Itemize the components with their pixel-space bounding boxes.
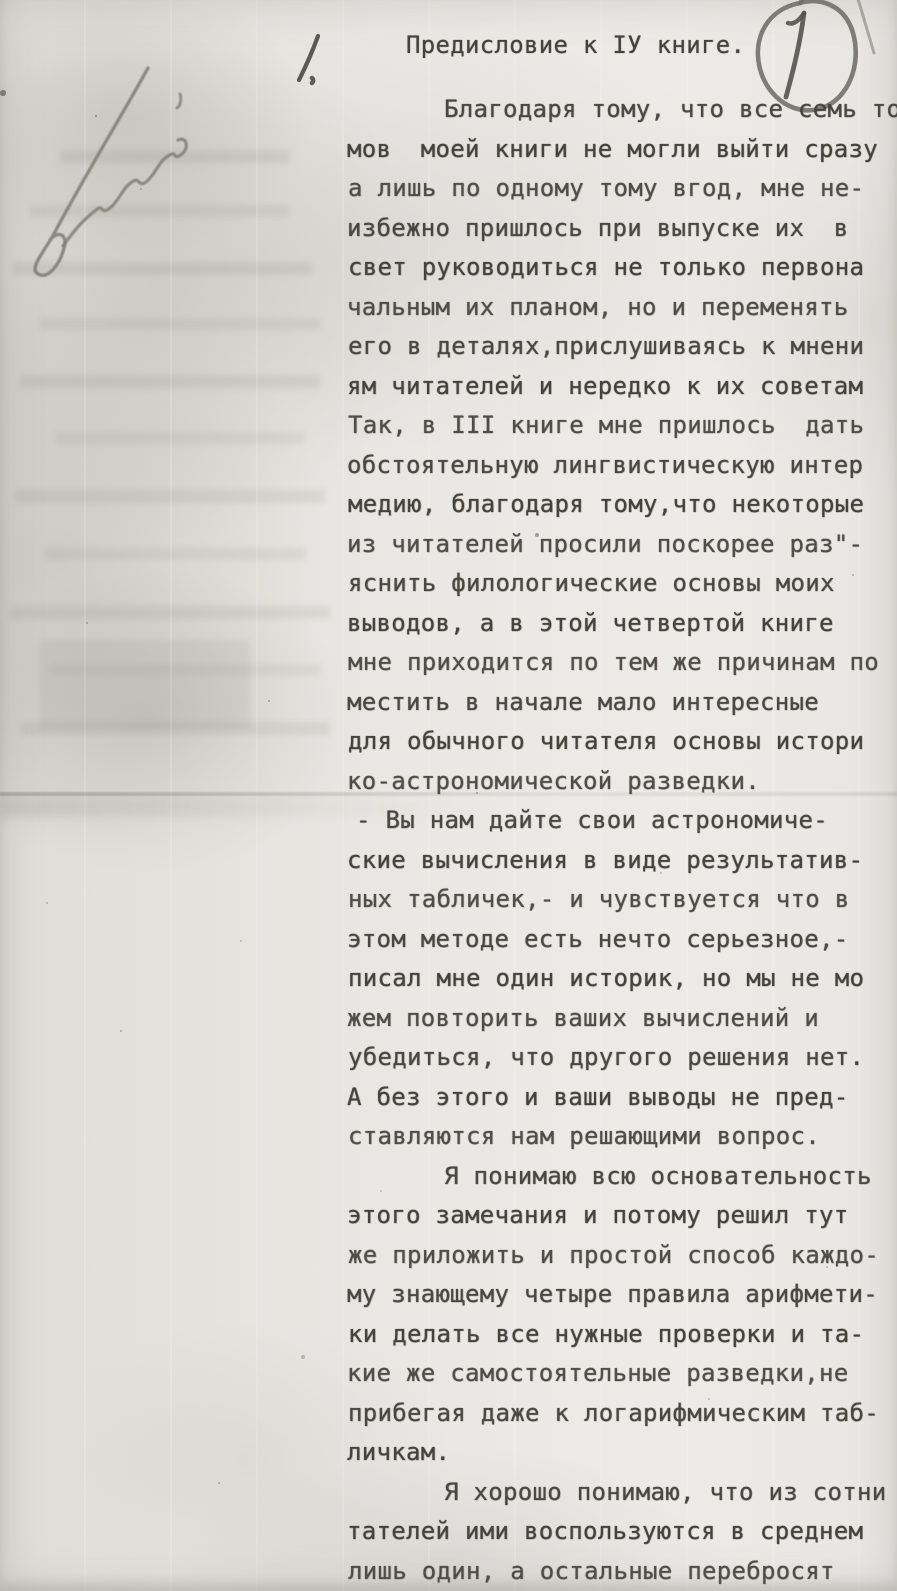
typed-line: медию, благодаря тому,что некоторые	[348, 485, 893, 525]
typed-line: для обычного читателя основы истори	[348, 722, 893, 762]
paragraph: Благодаря тому, что все семь то мов моей…	[347, 90, 892, 801]
typed-line: а лишь по одному тому вгод, мне не-	[348, 169, 893, 209]
typed-line: мов моей книги не могли выйти сразу	[347, 130, 892, 170]
paragraph: Я хорошо понимаю, что из сотни чи тателе…	[347, 1473, 892, 1591]
typed-line: ские вычисления в виде результатив-	[347, 841, 892, 881]
typed-line: лишь один, а остальные перебросят	[348, 1552, 893, 1591]
typed-body: Благодаря тому, что все семь то мов моей…	[347, 90, 892, 1591]
typed-line: А без этого и ваши выводы не пред-	[347, 1078, 892, 1118]
typed-line: из читателей просили поскорее раз"-	[347, 525, 892, 565]
paragraph: - Вы нам дайте свои астрономиче- ские вы…	[347, 801, 892, 1157]
typed-line: избежно пришлось при выпуске их в	[347, 209, 892, 249]
typed-line: этом методе есть нечто серьезное,-	[347, 920, 892, 960]
typed-line: Так, в III книге мне пришлось дать	[348, 406, 893, 446]
typed-line: его в деталях,прислушиваясь к мнени	[348, 327, 893, 367]
page-title: Предисловие к IУ книге.	[406, 30, 745, 60]
handwritten-leaf-number	[285, 28, 345, 98]
typed-line: чальным их планом, но и переменять	[347, 288, 892, 328]
paragraph: Я понимаю всю основательность этого заме…	[347, 1157, 892, 1473]
typed-line: ям читателей и нередко к их советам	[347, 367, 892, 407]
paper-specks	[0, 0, 2, 2]
typed-line: Я понимаю всю основательность	[348, 1157, 893, 1197]
typed-line: местить в начале мало интересные	[347, 683, 892, 723]
typed-line: яснить филологические основы моих	[348, 564, 893, 604]
handwritten-scrawl	[8, 50, 208, 280]
typed-line: Благодаря тому, что все семь то	[348, 90, 893, 130]
typed-line: тателей ими воспользуются в среднем	[347, 1512, 892, 1552]
typed-line: ставляются нам решающими вопрос.	[348, 1117, 893, 1157]
typed-line: обстоятельную лингвистическую интер	[347, 446, 892, 486]
typed-line: личкам.	[347, 1433, 892, 1473]
typed-line: ки делать все нужные проверки и та-	[348, 1315, 893, 1355]
typed-line: ко-астрономической разведки.	[347, 762, 892, 802]
typed-line: свет руководиться не только первона	[348, 248, 893, 288]
scanned-manuscript-page: 1. Предисловие к IУ книге. 1 Благодаря т…	[0, 0, 897, 1591]
typed-line: Я хорошо понимаю, что из сотни чи	[348, 1473, 893, 1513]
typed-line: этого замечания и потому решил тут	[347, 1196, 892, 1236]
typed-line: прибегая даже к логарифмическим таб-	[348, 1394, 893, 1434]
typed-line: му знающему четыре правила арифмети-	[347, 1275, 892, 1315]
typed-line: выводов, а в этой четвертой книге	[347, 604, 892, 644]
typed-line: убедиться, что другого решения нет.	[348, 1038, 893, 1078]
typed-line: кие же самостоятельные разведки,не	[347, 1354, 892, 1394]
typed-line: же приложить и простой способ каждо-	[348, 1236, 893, 1276]
typed-line: жем повторить ваших вычислений и	[347, 999, 892, 1039]
typed-line: ных табличек,- и чувствуется что в	[348, 880, 893, 920]
typed-line: мне приходится по тем же причинам по	[348, 643, 893, 683]
typed-line: - Вы нам дайте свои астрономиче-	[348, 801, 893, 841]
typed-line: писал мне один историк, но мы не мо	[348, 959, 893, 999]
